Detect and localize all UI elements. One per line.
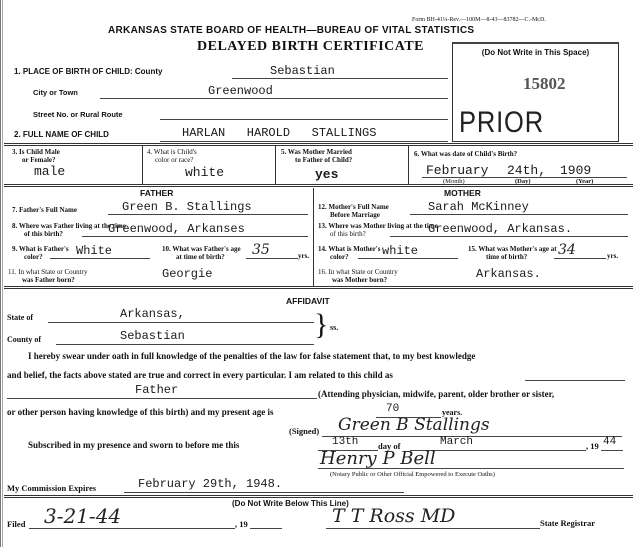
divider: [313, 188, 314, 286]
divider: [275, 146, 276, 184]
registrar-signature: T T Ross MD: [332, 505, 455, 527]
brace-icon: }: [314, 310, 328, 340]
certificate-number: 15802: [523, 74, 566, 94]
oath-line-1: I hereby swear under oath in full knowle…: [28, 351, 475, 361]
mother-residence-line: [390, 236, 628, 237]
race-label: 4. What is Child'scolor or race?: [147, 148, 197, 164]
page-left-edge: [0, 0, 3, 547]
divider: [4, 143, 633, 146]
county-label: County of: [7, 335, 41, 344]
birth-county-value: Sebastian: [270, 64, 335, 78]
notary-line: [318, 468, 624, 469]
filed-label: Filed: [7, 519, 25, 529]
mother-name-line: [410, 214, 628, 215]
filed-line: [29, 528, 235, 529]
registrar-line: [326, 528, 540, 529]
county-line: [232, 78, 448, 79]
father-name-line: [108, 214, 308, 215]
street-label: Street No. or Rural Route: [33, 110, 123, 119]
mother-age-value: 34: [558, 242, 576, 258]
notary-caption: (Notary Public or Other Official Empower…: [330, 471, 495, 478]
father-age-line: [246, 258, 298, 259]
city-label: City or Town: [33, 88, 78, 97]
dob-day: 24th,: [507, 163, 546, 178]
sex-label: 3. Is Child Maleor Female?: [12, 148, 60, 164]
child-name-line: [160, 141, 448, 142]
state-line: [48, 322, 314, 323]
father-age-unit: yrs.: [298, 252, 309, 260]
mother-residence-value: Greenwood, Arkansas.: [428, 222, 572, 236]
father-name-label: 7. Father's Full Name: [12, 206, 77, 214]
filed-date-value: 3-21-44: [44, 504, 121, 528]
mother-name-value: Sarah McKinney: [428, 200, 529, 214]
relation-value: Father: [135, 383, 178, 397]
sworn-day-value: 13th: [332, 436, 358, 448]
subscribed-label: Subscribed in my presence and sworn to b…: [28, 440, 239, 450]
father-birthplace-label: 11. In what State or Countrywas Father b…: [8, 268, 87, 284]
dob-label: 6. What was date of Child's Birth?: [414, 150, 517, 158]
divider: [4, 495, 633, 498]
relation-line-b: [7, 398, 317, 399]
office-use-label: (Do Not Write in This Space): [453, 48, 618, 57]
dob-year: 1909: [560, 163, 591, 178]
oath-line-2: and belief, the facts above stated are t…: [7, 370, 393, 380]
prior-stamp: PRIOR: [459, 106, 544, 140]
divider: [408, 146, 409, 184]
sworn-year-value: 44: [603, 436, 616, 448]
married-label: 5. Was Mother Marriedto Father of Child?: [281, 148, 352, 164]
divider: [4, 184, 633, 187]
commission-line: [124, 492, 404, 493]
year-line: [601, 450, 623, 451]
father-heading: FATHER: [140, 188, 173, 198]
mother-birthplace-value: Arkansas.: [476, 267, 541, 281]
father-name-value: Green B. Stallings: [122, 200, 252, 214]
mother-name-label: 12. Mother's Full NameBefore Marriage: [318, 203, 389, 219]
sex-value: male: [34, 164, 65, 179]
relation-line-a: [525, 380, 625, 381]
sworn-month-value: March: [440, 436, 473, 448]
mother-birthplace-label: 16. In what State or Countrywas Mother b…: [318, 268, 398, 284]
state-label: State of: [7, 313, 33, 322]
city-line: [100, 98, 448, 99]
filed-year-prefix: , 19: [235, 519, 248, 529]
affidavit-state-value: Arkansas,: [120, 307, 185, 321]
commission-expires-value: February 29th, 1948.: [138, 477, 282, 491]
year-prefix: , 19: [586, 441, 599, 451]
father-birthplace-value: Georgie: [162, 267, 212, 281]
divider: [142, 146, 143, 184]
ss-label: ss.: [330, 323, 338, 332]
signed-label: (Signed): [289, 426, 319, 436]
affiant-signature: Green B Stallings: [338, 415, 490, 435]
father-color-value: White: [76, 244, 112, 258]
month-line: [410, 450, 586, 451]
oath-line-4: or other person having knowledge of this…: [7, 407, 274, 417]
married-value: yes: [315, 167, 338, 182]
mother-age-line: [554, 258, 606, 259]
county-line: [56, 344, 314, 345]
relation-note: (Attending physician, midwife, parent, o…: [318, 389, 554, 399]
commission-label: My Commission Expires: [7, 483, 96, 493]
document-title: DELAYED BIRTH CERTIFICATE: [197, 39, 424, 55]
divider: [4, 286, 633, 289]
affidavit-heading: AFFIDAVIT: [286, 296, 330, 306]
place-of-birth-label: 1. PLACE OF BIRTH OF CHILD: County: [14, 67, 162, 76]
child-name-label: 2. FULL NAME OF CHILD: [14, 130, 109, 139]
father-age-value: 35: [252, 242, 270, 258]
state-registrar-label: State Registrar: [540, 518, 595, 528]
father-residence-line: [82, 236, 308, 237]
dob-month: February: [426, 163, 488, 178]
mother-heading: MOTHER: [444, 188, 481, 198]
father-age-label: 10. What was Father's ageat time of birt…: [162, 245, 241, 261]
office-use-box: (Do Not Write in This Space) 15802 PRIOR: [452, 42, 619, 142]
birth-city-value: Greenwood: [208, 84, 273, 98]
filed-year-line: [250, 528, 282, 529]
race-value: white: [185, 165, 224, 180]
mother-color-value: white: [382, 244, 418, 258]
mother-color-line: [358, 258, 458, 259]
agency-title: ARKANSAS STATE BOARD OF HEALTH—BUREAU OF…: [108, 25, 474, 36]
affiant-age-value: 70: [386, 403, 399, 415]
mother-age-label: 15. What was Mother's age attime of birt…: [468, 245, 557, 261]
form-number: Form BH-41¼-Rev.—100M—8-43—83782—C.-McD.: [412, 17, 546, 23]
mother-age-unit: yrs.: [607, 252, 618, 260]
affidavit-county-value: Sebastian: [120, 329, 185, 343]
notary-signature: Henry P Bell: [320, 448, 436, 469]
child-name-value: HARLAN HAROLD STALLINGS: [182, 126, 376, 140]
father-residence-value: Greenwood, Arkanses: [108, 222, 245, 236]
father-color-line: [50, 258, 150, 259]
street-line: [160, 119, 448, 120]
